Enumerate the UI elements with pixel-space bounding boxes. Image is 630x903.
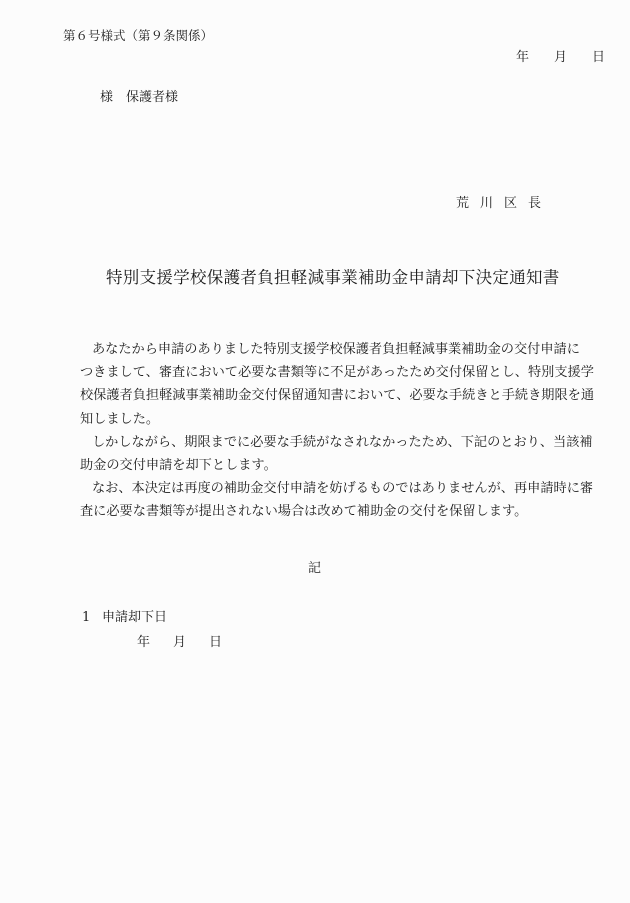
body-line: なお、本決定は再度の補助金交付申請を妨げるものではありませんが、再申請時に審 <box>80 477 560 500</box>
body-line: あなたから申請のありました特別支援学校保護者負担軽減事業補助金の交付申請に <box>80 338 560 361</box>
month-label: 月 <box>554 46 567 65</box>
body-text: あなたから申請のありました特別支援学校保護者負担軽減事業補助金の交付申請に つき… <box>80 338 560 524</box>
body-line: しかしながら、期限までに必要な手続がなされなかったため、下記のとおり、当該補 <box>80 431 560 454</box>
month-label: 月 <box>173 635 186 650</box>
rejection-date-value: 年月日 <box>137 631 222 650</box>
body-line: つきまして、審査において必要な書類等に不足があったため交付保留とし、特別支援学 <box>80 361 560 384</box>
body-line: 知しました。 <box>80 408 560 431</box>
item-label: 申請却下日 <box>102 610 167 625</box>
document-page: 第６号様式（第９条関係） 年月日 様 保護者様 荒川区長 特別支援学校保護者負担… <box>0 0 630 903</box>
body-line: 助金の交付申請を却下とします。 <box>80 454 560 477</box>
issuer-name: 荒川区長 <box>456 192 552 211</box>
body-line: 査に必要な書類等が提出されない場合は改めて補助金の交付を保留します。 <box>80 500 560 523</box>
note-heading: 記 <box>308 557 321 576</box>
day-label: 日 <box>592 46 605 65</box>
item-rejection-date: 1申請却下日 <box>82 606 167 625</box>
body-line: 校保護者負担軽減事業補助金交付保留通知書において、必要な手続きと手続き期限を通 <box>80 384 560 407</box>
year-label: 年 <box>137 635 150 650</box>
document-title: 特別支援学校保護者負担軽減事業補助金申請却下決定通知書 <box>106 264 560 288</box>
form-number: 第６号様式（第９条関係） <box>63 26 213 44</box>
issue-date: 年月日 <box>516 46 605 65</box>
item-number: 1 <box>82 610 102 625</box>
year-label: 年 <box>516 46 529 65</box>
addressee: 様 保護者様 <box>100 86 178 105</box>
day-label: 日 <box>209 635 222 650</box>
